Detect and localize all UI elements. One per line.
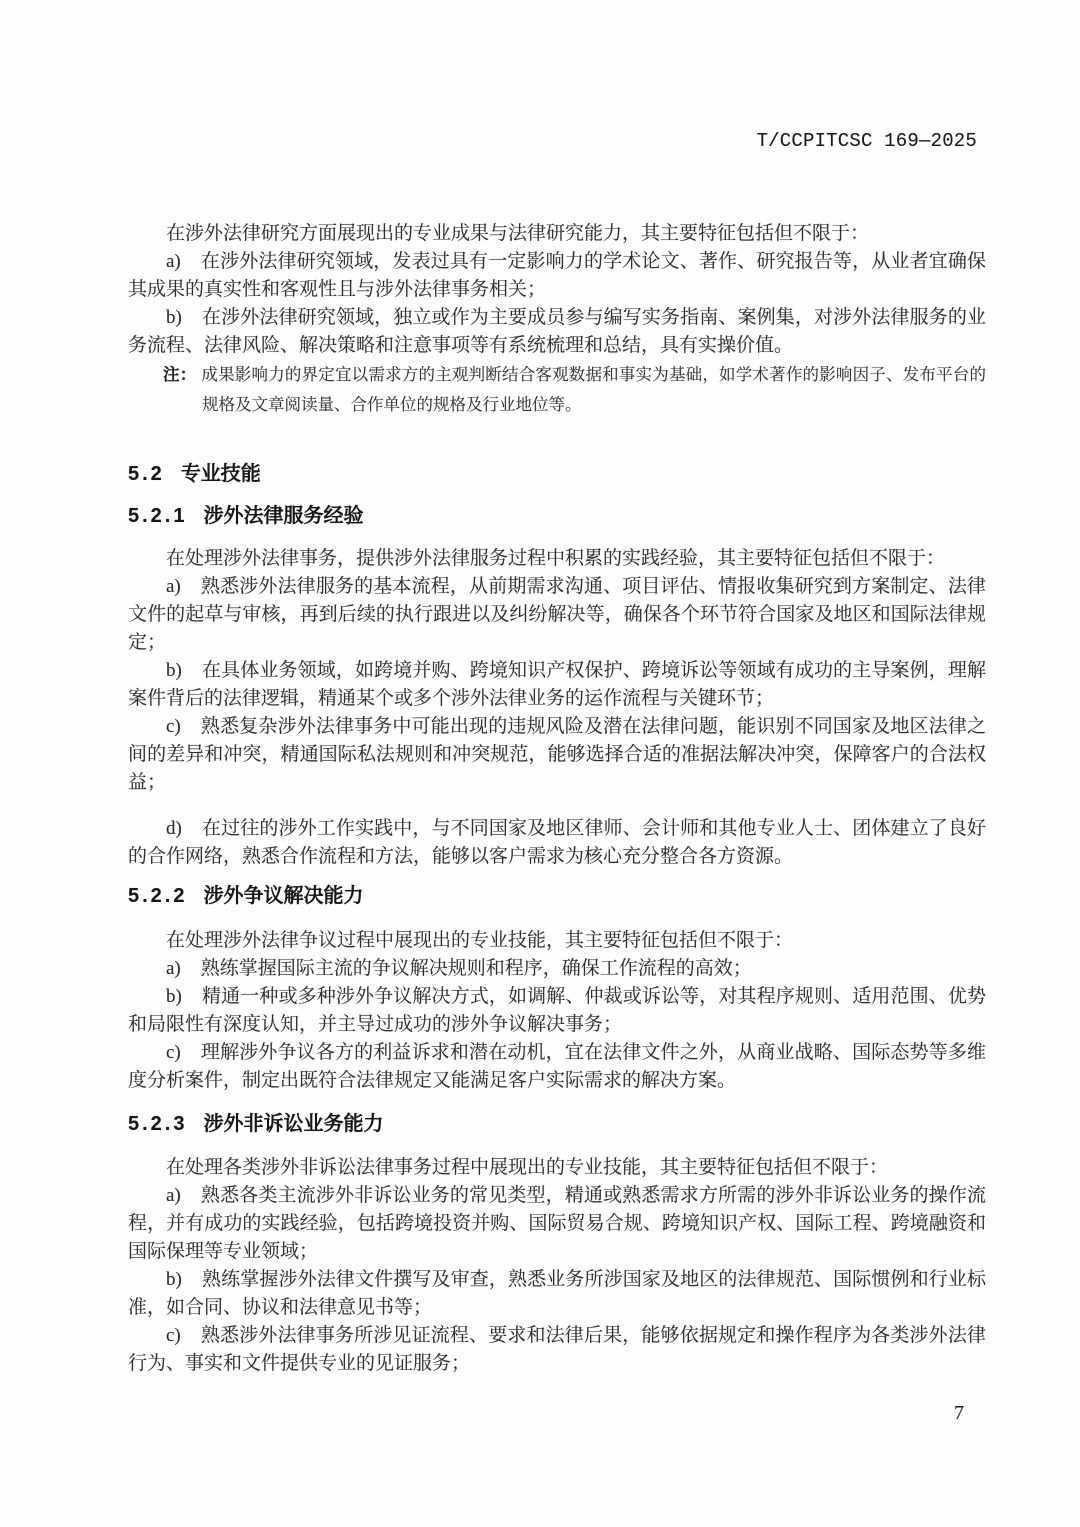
- item-text: 熟悉复杂涉外法律事务中可能出现的违规风险及潜在法律问题，能识别不同国家及地区法律…: [128, 716, 986, 793]
- section-title: 专业技能: [181, 463, 261, 485]
- list-item-a: a)熟练掌握国际主流的争议解决规则和程序，确保工作流程的高效；: [128, 955, 986, 983]
- list-item-a: a)熟悉各类主流涉外非诉讼业务的常见类型，精通或熟悉需求方所需的涉外非诉讼业务的…: [128, 1182, 986, 1266]
- item-label: a): [166, 576, 181, 597]
- list-item-b: b)精通一种或多种涉外争议解决方式，如调解、仲裁或诉讼等，对其程序规则、适用范围…: [128, 983, 986, 1039]
- note-text: 成果影响力的界定宜以需求方的主观判断结合客观数据和事实为基础，如学术著作的影响因…: [201, 365, 986, 414]
- section-title: 涉外争议解决能力: [203, 885, 363, 907]
- section-number: 5.2: [128, 463, 165, 485]
- item-text: 在涉外法律研究领域，独立或作为主要成员参与编写实务指南、案例集，对涉外法律服务的…: [128, 307, 986, 356]
- item-text: 熟悉涉外法律服务的基本流程，从前期需求沟通、项目评估、情报收集研究到方案制定、法…: [128, 576, 986, 653]
- item-label: c): [166, 1042, 181, 1063]
- section-heading-5-2-2: 5.2.2涉外争议解决能力: [128, 881, 986, 911]
- section-title: 涉外法律服务经验: [203, 505, 363, 527]
- item-label: a): [166, 1185, 181, 1206]
- doc-code: T/CCPITCSC 169—2025: [757, 130, 977, 152]
- item-label: c): [166, 1325, 181, 1346]
- document-page: T/CCPITCSC 169—2025 在涉外法律研究方面展现出的专业成果与法律…: [0, 0, 1080, 1527]
- section-number: 5.2.3: [128, 1113, 187, 1135]
- item-text: 在具体业务领域，如跨境并购、跨境知识产权保护、跨境诉讼等领域有成功的主导案例，理…: [128, 660, 986, 709]
- list-item-c: c)熟悉复杂涉外法律事务中可能出现的违规风险及潜在法律问题，能识别不同国家及地区…: [128, 713, 986, 797]
- list-item-c: c)熟悉涉外法律事务所涉见证流程、要求和法律后果，能够依据规定和操作程序为各类涉…: [128, 1322, 986, 1378]
- section-number: 5.2.1: [128, 505, 187, 527]
- section-title: 涉外非诉讼业务能力: [203, 1113, 383, 1135]
- item-label: c): [166, 716, 181, 737]
- list-item-b: b)在具体业务领域，如跨境并购、跨境知识产权保护、跨境诉讼等领域有成功的主导案例…: [128, 657, 986, 713]
- item-text: 熟练掌握涉外法律文件撰写及审查，熟悉业务所涉国家及地区的法律规范、国际惯例和行业…: [128, 1269, 986, 1318]
- section-heading-5-2-3: 5.2.3涉外非诉讼业务能力: [128, 1109, 986, 1139]
- section-5-2-1-lead: 在处理涉外法律事务，提供涉外法律服务过程中积累的实践经验，其主要特征包括但不限于…: [128, 545, 986, 573]
- list-item-b: b)在涉外法律研究领域，独立或作为主要成员参与编写实务指南、案例集，对涉外法律服…: [128, 304, 986, 360]
- item-label: b): [166, 1269, 182, 1290]
- item-text: 熟悉涉外法律事务所涉见证流程、要求和法律后果，能够依据规定和操作程序为各类涉外法…: [128, 1325, 986, 1374]
- item-label: b): [166, 986, 182, 1007]
- item-label: b): [166, 660, 182, 681]
- item-label: b): [166, 307, 182, 328]
- section-5-2-3-lead: 在处理各类涉外非诉讼法律事务过程中展现出的专业技能，其主要特征包括但不限于：: [128, 1154, 986, 1182]
- list-item-b: b)熟练掌握涉外法律文件撰写及审查，熟悉业务所涉国家及地区的法律规范、国际惯例和…: [128, 1266, 986, 1322]
- research-lead-paragraph: 在涉外法律研究方面展现出的专业成果与法律研究能力，其主要特征包括但不限于：: [128, 220, 986, 248]
- note-label: 注：: [163, 366, 196, 384]
- page-body: 在涉外法律研究方面展现出的专业成果与法律研究能力，其主要特征包括但不限于： a)…: [128, 220, 986, 1378]
- section-heading-5-2: 5.2专业技能: [128, 459, 986, 489]
- note-paragraph: 注：成果影响力的界定宜以需求方的主观判断结合客观数据和事实为基础，如学术著作的影…: [128, 360, 986, 419]
- item-text: 在过往的涉外工作实践中，与不同国家及地区律师、会计师和其他专业人士、团体建立了良…: [128, 818, 986, 867]
- item-text: 熟悉各类主流涉外非诉讼业务的常见类型，精通或熟悉需求方所需的涉外非诉讼业务的操作…: [128, 1185, 986, 1262]
- item-label: d): [166, 818, 182, 839]
- item-text: 熟练掌握国际主流的争议解决规则和程序，确保工作流程的高效；: [201, 958, 752, 979]
- section-heading-5-2-1: 5.2.1涉外法律服务经验: [128, 501, 986, 531]
- list-item-d: d)在过往的涉外工作实践中，与不同国家及地区律师、会计师和其他专业人士、团体建立…: [128, 815, 986, 871]
- list-item-a: a)熟悉涉外法律服务的基本流程，从前期需求沟通、项目评估、情报收集研究到方案制定…: [128, 573, 986, 657]
- item-label: a): [166, 251, 181, 272]
- item-text: 在涉外法律研究领域，发表过具有一定影响力的学术论文、著作、研究报告等，从业者宜确…: [128, 251, 986, 300]
- list-item-a: a)在涉外法律研究领域，发表过具有一定影响力的学术论文、著作、研究报告等，从业者…: [128, 248, 986, 304]
- item-label: a): [166, 958, 181, 979]
- section-5-2-2-lead: 在处理涉外法律争议过程中展现出的专业技能，其主要特征包括但不限于：: [128, 927, 986, 955]
- section-number: 5.2.2: [128, 885, 187, 907]
- item-text: 精通一种或多种涉外争议解决方式，如调解、仲裁或诉讼等，对其程序规则、适用范围、优…: [128, 986, 986, 1035]
- page-number: 7: [954, 1400, 964, 1426]
- item-text: 理解涉外争议各方的利益诉求和潜在动机，宜在法律文件之外，从商业战略、国际态势等多…: [128, 1042, 986, 1091]
- list-item-c: c)理解涉外争议各方的利益诉求和潜在动机，宜在法律文件之外，从商业战略、国际态势…: [128, 1039, 986, 1095]
